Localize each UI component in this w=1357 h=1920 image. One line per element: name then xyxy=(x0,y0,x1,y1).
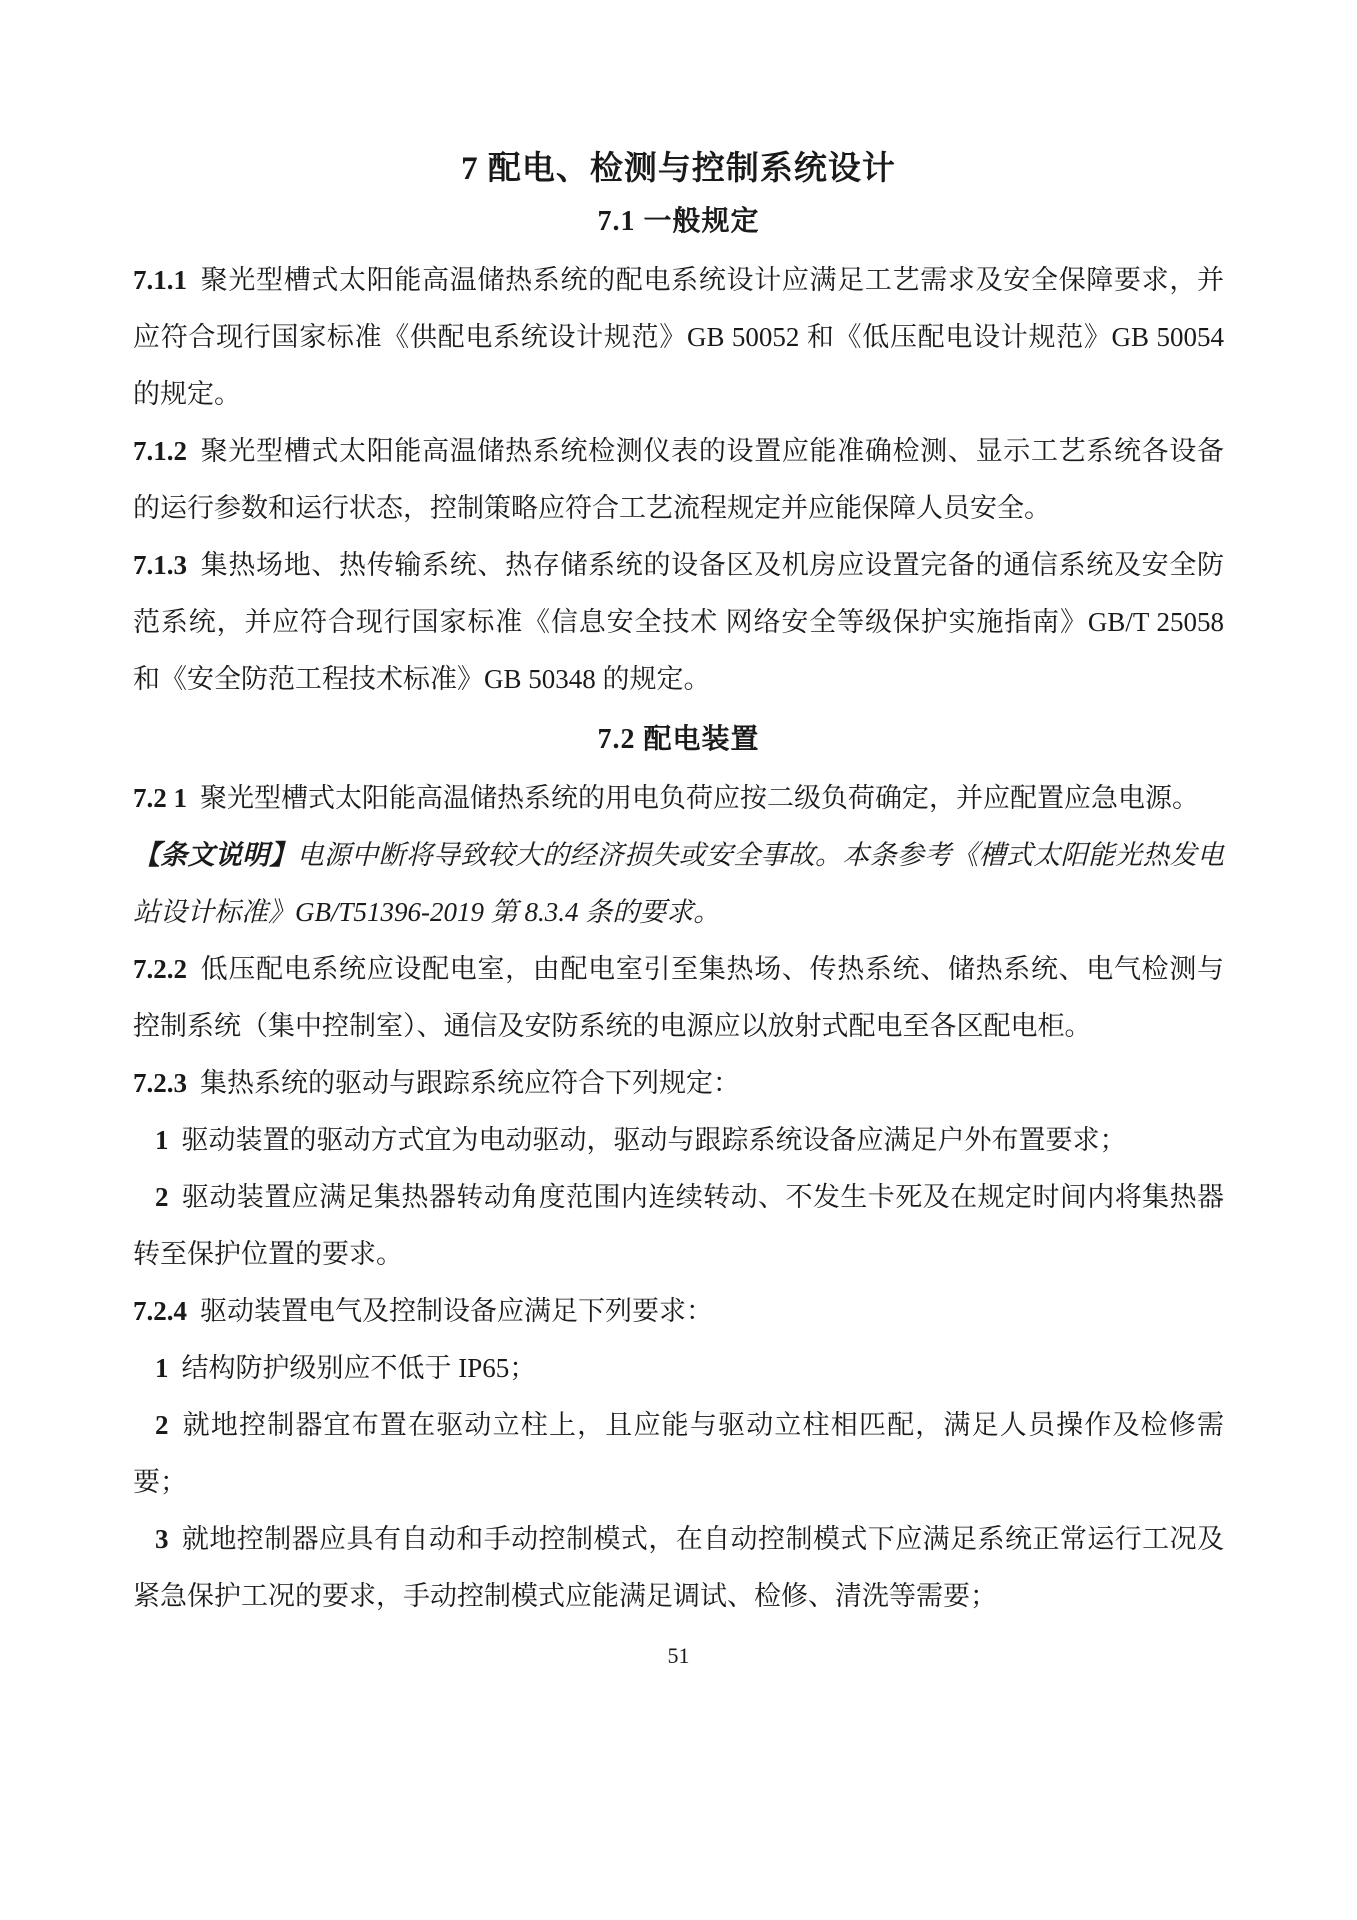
clause-number: 7.2 1 xyxy=(133,783,187,813)
item-number: 2 xyxy=(155,1182,169,1212)
item-number: 2 xyxy=(155,1410,169,1440)
clause-number: 7.2.2 xyxy=(133,954,187,984)
clause-number: 7.2.3 xyxy=(133,1068,187,1098)
document-body: 7.1 一般规定7.1.1聚光型槽式太阳能高温储热系统的配电系统设计应满足工艺需… xyxy=(133,204,1224,1625)
list-item: 2就地控制器宜布置在驱动立柱上，且应能与驱动立柱相匹配，满足人员操作及检修需要； xyxy=(133,1397,1224,1511)
clause-number: 7.1.1 xyxy=(133,265,187,295)
paragraph-text: 驱动装置应满足集热器转动角度范围内连续转动、不发生卡死及在规定时间内将集热器转至… xyxy=(133,1182,1224,1269)
note-label: 【条文说明】 xyxy=(133,840,297,870)
list-item: 1驱动装置的驱动方式宜为电动驱动，驱动与跟踪系统设备应满足户外布置要求； xyxy=(133,1112,1224,1169)
paragraph-text: 聚光型槽式太阳能高温储热系统检测仪表的设置应能准确检测、显示工艺系统各设备的运行… xyxy=(133,436,1224,523)
list-item: 3就地控制器应具有自动和手动控制模式，在自动控制模式下应满足系统正常运行工况及紧… xyxy=(133,1511,1224,1625)
paragraph-text: 驱动装置的驱动方式宜为电动驱动，驱动与跟踪系统设备应满足户外布置要求； xyxy=(182,1125,1127,1155)
paragraph-text: 电源中断将导致较大的经济损失或安全事故。本条参考《槽式太阳能光热发电站设计标准》… xyxy=(133,840,1224,927)
item-number: 1 xyxy=(155,1353,169,1383)
paragraph-text: 聚光型槽式太阳能高温储热系统的用电负荷应按二级负荷确定，并应配置应急电源。 xyxy=(200,783,1199,813)
clause-number: 7.2.4 xyxy=(133,1296,187,1326)
paragraph-text: 聚光型槽式太阳能高温储热系统的配电系统设计应满足工艺需求及安全保障要求，并应符合… xyxy=(133,265,1224,409)
paragraph-text: 集热场地、热传输系统、热存储系统的设备区及机房应设置完备的通信系统及安全防范系统… xyxy=(133,550,1224,694)
clause-paragraph: 7.1.1聚光型槽式太阳能高温储热系统的配电系统设计应满足工艺需求及安全保障要求… xyxy=(133,252,1224,423)
paragraph-text: 结构防护级别应不低于 IP65； xyxy=(182,1353,537,1383)
clause-paragraph: 7.2 1聚光型槽式太阳能高温储热系统的用电负荷应按二级负荷确定，并应配置应急电… xyxy=(133,770,1224,827)
list-item: 2驱动装置应满足集热器转动角度范围内连续转动、不发生卡死及在规定时间内将集热器转… xyxy=(133,1169,1224,1283)
paragraph-text: 就地控制器宜布置在驱动立柱上，且应能与驱动立柱相匹配，满足人员操作及检修需要； xyxy=(133,1410,1224,1497)
section-heading-7-1: 7.1 一般规定 xyxy=(133,204,1224,240)
paragraph-text: 驱动装置电气及控制设备应满足下列要求： xyxy=(200,1296,713,1326)
section-heading-7-2: 7.2 配电装置 xyxy=(133,722,1224,758)
document-title: 7 配电、检测与控制系统设计 xyxy=(133,148,1224,190)
paragraph-text: 就地控制器应具有自动和手动控制模式，在自动控制模式下应满足系统正常运行工况及紧急… xyxy=(133,1524,1224,1611)
list-item: 1结构防护级别应不低于 IP65； xyxy=(133,1340,1224,1397)
page-footer: 51 xyxy=(133,1641,1224,1671)
note-paragraph: 【条文说明】电源中断将导致较大的经济损失或安全事故。本条参考《槽式太阳能光热发电… xyxy=(133,827,1224,941)
item-number: 1 xyxy=(155,1125,169,1155)
page-number: 51 xyxy=(668,1643,690,1668)
clause-paragraph: 7.2.4驱动装置电气及控制设备应满足下列要求： xyxy=(133,1283,1224,1340)
paragraph-text: 集热系统的驱动与跟踪系统应符合下列规定： xyxy=(200,1068,740,1098)
clause-paragraph: 7.1.3集热场地、热传输系统、热存储系统的设备区及机房应设置完备的通信系统及安… xyxy=(133,537,1224,708)
paragraph-text: 低压配电系统应设配电室，由配电室引至集热场、传热系统、储热系统、电气检测与控制系… xyxy=(133,954,1224,1041)
clause-paragraph: 7.2.3集热系统的驱动与跟踪系统应符合下列规定： xyxy=(133,1055,1224,1112)
clause-paragraph: 7.1.2聚光型槽式太阳能高温储热系统检测仪表的设置应能准确检测、显示工艺系统各… xyxy=(133,423,1224,537)
item-number: 3 xyxy=(155,1524,169,1554)
document-page: 7 配电、检测与控制系统设计 7.1 一般规定7.1.1聚光型槽式太阳能高温储热… xyxy=(0,0,1357,1920)
clause-number: 7.1.2 xyxy=(133,436,187,466)
clause-number: 7.1.3 xyxy=(133,550,187,580)
clause-paragraph: 7.2.2低压配电系统应设配电室，由配电室引至集热场、传热系统、储热系统、电气检… xyxy=(133,941,1224,1055)
